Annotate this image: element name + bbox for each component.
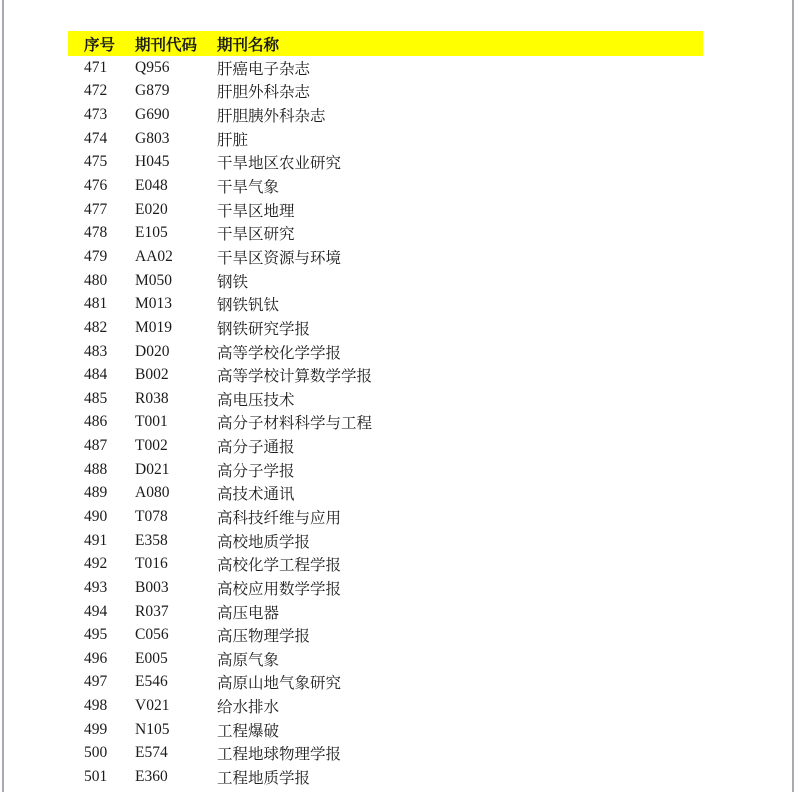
- cell-name: 干旱气象: [217, 175, 703, 197]
- cell-code: B003: [135, 579, 217, 597]
- cell-code: T001: [135, 413, 217, 431]
- cell-name: 钢铁: [217, 270, 703, 292]
- cell-serial: 498: [84, 697, 135, 715]
- table-row: 477 E020 干旱区地理: [68, 198, 703, 222]
- table-row: 489 A080 高技术通讯: [68, 482, 703, 506]
- table-row: 479 AA02 干旱区资源与环境: [68, 245, 703, 269]
- table-row: 473 G690 肝胆胰外科杂志: [68, 103, 703, 127]
- table-row: 487 T002 高分子通报: [68, 434, 703, 458]
- cell-code: M019: [135, 319, 217, 337]
- cell-name: 高原气象: [217, 648, 703, 670]
- cell-name: 钢铁钒钛: [217, 293, 703, 315]
- cell-name: 给水排水: [217, 695, 703, 717]
- cell-code: D021: [135, 461, 217, 479]
- cell-serial: 480: [84, 272, 135, 290]
- table-row: 499 N105 工程爆破: [68, 718, 703, 742]
- cell-code: T002: [135, 437, 217, 455]
- table-row: 483 D020 高等学校化学学报: [68, 340, 703, 364]
- cell-name: 干旱区研究: [217, 222, 703, 244]
- cell-name: 高压物理学报: [217, 624, 703, 646]
- cell-name: 高压电器: [217, 601, 703, 623]
- table-row: 480 M050 钢铁: [68, 269, 703, 293]
- cell-name: 干旱地区农业研究: [217, 151, 703, 173]
- cell-name: 高分子材料科学与工程: [217, 411, 703, 433]
- table-row: 494 R037 高压电器: [68, 600, 703, 624]
- cell-serial: 501: [84, 768, 135, 786]
- cell-serial: 472: [84, 82, 135, 100]
- cell-serial: 483: [84, 343, 135, 361]
- table-row: 496 E005 高原气象: [68, 647, 703, 671]
- table-row: 475 H045 干旱地区农业研究: [68, 151, 703, 175]
- cell-code: H045: [135, 153, 217, 171]
- cell-name: 高校应用数学学报: [217, 577, 703, 599]
- table-row: 498 V021 给水排水: [68, 694, 703, 718]
- cell-serial: 487: [84, 437, 135, 455]
- cell-serial: 479: [84, 248, 135, 266]
- cell-serial: 471: [84, 59, 135, 77]
- table-row: 492 T016 高校化学工程学报: [68, 552, 703, 576]
- cell-name: 肝癌电子杂志: [217, 57, 703, 79]
- cell-code: V021: [135, 697, 217, 715]
- document-page: 序号 期刊代码 期刊名称 471 Q956 肝癌电子杂志 472 G879 肝胆…: [0, 0, 796, 792]
- cell-serial: 484: [84, 366, 135, 384]
- cell-code: A080: [135, 484, 217, 502]
- cell-name: 高等学校化学学报: [217, 341, 703, 363]
- cell-code: E546: [135, 673, 217, 691]
- cell-name: 高电压技术: [217, 388, 703, 410]
- cell-code: E020: [135, 201, 217, 219]
- table-row: 486 T001 高分子材料科学与工程: [68, 411, 703, 435]
- table-row: 481 M013 钢铁钒钛: [68, 292, 703, 316]
- cell-serial: 499: [84, 721, 135, 739]
- table-row: 478 E105 干旱区研究: [68, 221, 703, 245]
- cell-code: G803: [135, 130, 217, 148]
- table-row: 476 E048 干旱气象: [68, 174, 703, 198]
- cell-name: 高科技纤维与应用: [217, 506, 703, 528]
- cell-serial: 477: [84, 201, 135, 219]
- cell-serial: 500: [84, 744, 135, 762]
- table-row: 482 M019 钢铁研究学报: [68, 316, 703, 340]
- table-row: 472 G879 肝胆外科杂志: [68, 80, 703, 104]
- cell-code: G690: [135, 106, 217, 124]
- cell-serial: 494: [84, 603, 135, 621]
- table-body: 471 Q956 肝癌电子杂志 472 G879 肝胆外科杂志 473 G690…: [68, 56, 703, 789]
- table-row: 484 B002 高等学校计算数学学报: [68, 363, 703, 387]
- page-left-edge-line: [2, 0, 4, 792]
- cell-name: 高校化学工程学报: [217, 553, 703, 575]
- header-name: 期刊名称: [217, 33, 703, 55]
- cell-code: T078: [135, 508, 217, 526]
- cell-name: 高技术通讯: [217, 482, 703, 504]
- cell-name: 肝胆胰外科杂志: [217, 104, 703, 126]
- table-row: 471 Q956 肝癌电子杂志: [68, 56, 703, 80]
- cell-name: 高等学校计算数学学报: [217, 364, 703, 386]
- table-header-row: 序号 期刊代码 期刊名称: [68, 31, 703, 56]
- cell-code: T016: [135, 555, 217, 573]
- cell-serial: 495: [84, 626, 135, 644]
- table-row: 490 T078 高科技纤维与应用: [68, 505, 703, 529]
- table-row: 497 E546 高原山地气象研究: [68, 671, 703, 695]
- header-code: 期刊代码: [135, 33, 217, 55]
- cell-code: E005: [135, 650, 217, 668]
- cell-code: C056: [135, 626, 217, 644]
- table-row: 495 C056 高压物理学报: [68, 623, 703, 647]
- cell-serial: 497: [84, 673, 135, 691]
- table-row: 485 R038 高电压技术: [68, 387, 703, 411]
- cell-name: 干旱区地理: [217, 199, 703, 221]
- cell-name: 高分子通报: [217, 435, 703, 457]
- cell-name: 肝胆外科杂志: [217, 80, 703, 102]
- cell-code: E048: [135, 177, 217, 195]
- cell-serial: 489: [84, 484, 135, 502]
- cell-code: N105: [135, 721, 217, 739]
- cell-serial: 473: [84, 106, 135, 124]
- cell-serial: 482: [84, 319, 135, 337]
- cell-name: 钢铁研究学报: [217, 317, 703, 339]
- table-row: 488 D021 高分子学报: [68, 458, 703, 482]
- cell-name: 肝脏: [217, 128, 703, 150]
- cell-serial: 478: [84, 224, 135, 242]
- cell-code: Q956: [135, 59, 217, 77]
- cell-name: 高分子学报: [217, 459, 703, 481]
- table-row: 493 B003 高校应用数学学报: [68, 576, 703, 600]
- header-serial: 序号: [84, 33, 135, 55]
- cell-name: 高校地质学报: [217, 530, 703, 552]
- cell-serial: 490: [84, 508, 135, 526]
- table-row: 474 G803 肝脏: [68, 127, 703, 151]
- cell-code: R037: [135, 603, 217, 621]
- cell-code: B002: [135, 366, 217, 384]
- cell-serial: 486: [84, 413, 135, 431]
- cell-code: E358: [135, 532, 217, 550]
- journal-table: 序号 期刊代码 期刊名称 471 Q956 肝癌电子杂志 472 G879 肝胆…: [68, 31, 703, 789]
- cell-code: D020: [135, 343, 217, 361]
- cell-code: E105: [135, 224, 217, 242]
- table-row: 500 E574 工程地球物理学报: [68, 742, 703, 766]
- cell-name: 工程爆破: [217, 719, 703, 741]
- cell-code: R038: [135, 390, 217, 408]
- cell-code: AA02: [135, 248, 217, 266]
- cell-serial: 496: [84, 650, 135, 668]
- cell-serial: 475: [84, 153, 135, 171]
- cell-serial: 474: [84, 130, 135, 148]
- cell-serial: 493: [84, 579, 135, 597]
- cell-serial: 492: [84, 555, 135, 573]
- cell-code: E574: [135, 744, 217, 762]
- cell-name: 工程地质学报: [217, 766, 703, 788]
- cell-code: E360: [135, 768, 217, 786]
- cell-serial: 491: [84, 532, 135, 550]
- cell-serial: 485: [84, 390, 135, 408]
- cell-name: 高原山地气象研究: [217, 671, 703, 693]
- table-row: 501 E360 工程地质学报: [68, 765, 703, 789]
- cell-name: 工程地球物理学报: [217, 742, 703, 764]
- cell-name: 干旱区资源与环境: [217, 246, 703, 268]
- cell-serial: 476: [84, 177, 135, 195]
- page-right-edge-line: [792, 0, 794, 792]
- cell-code: M050: [135, 272, 217, 290]
- cell-serial: 481: [84, 295, 135, 313]
- cell-code: M013: [135, 295, 217, 313]
- cell-serial: 488: [84, 461, 135, 479]
- table-row: 491 E358 高校地质学报: [68, 529, 703, 553]
- cell-code: G879: [135, 82, 217, 100]
